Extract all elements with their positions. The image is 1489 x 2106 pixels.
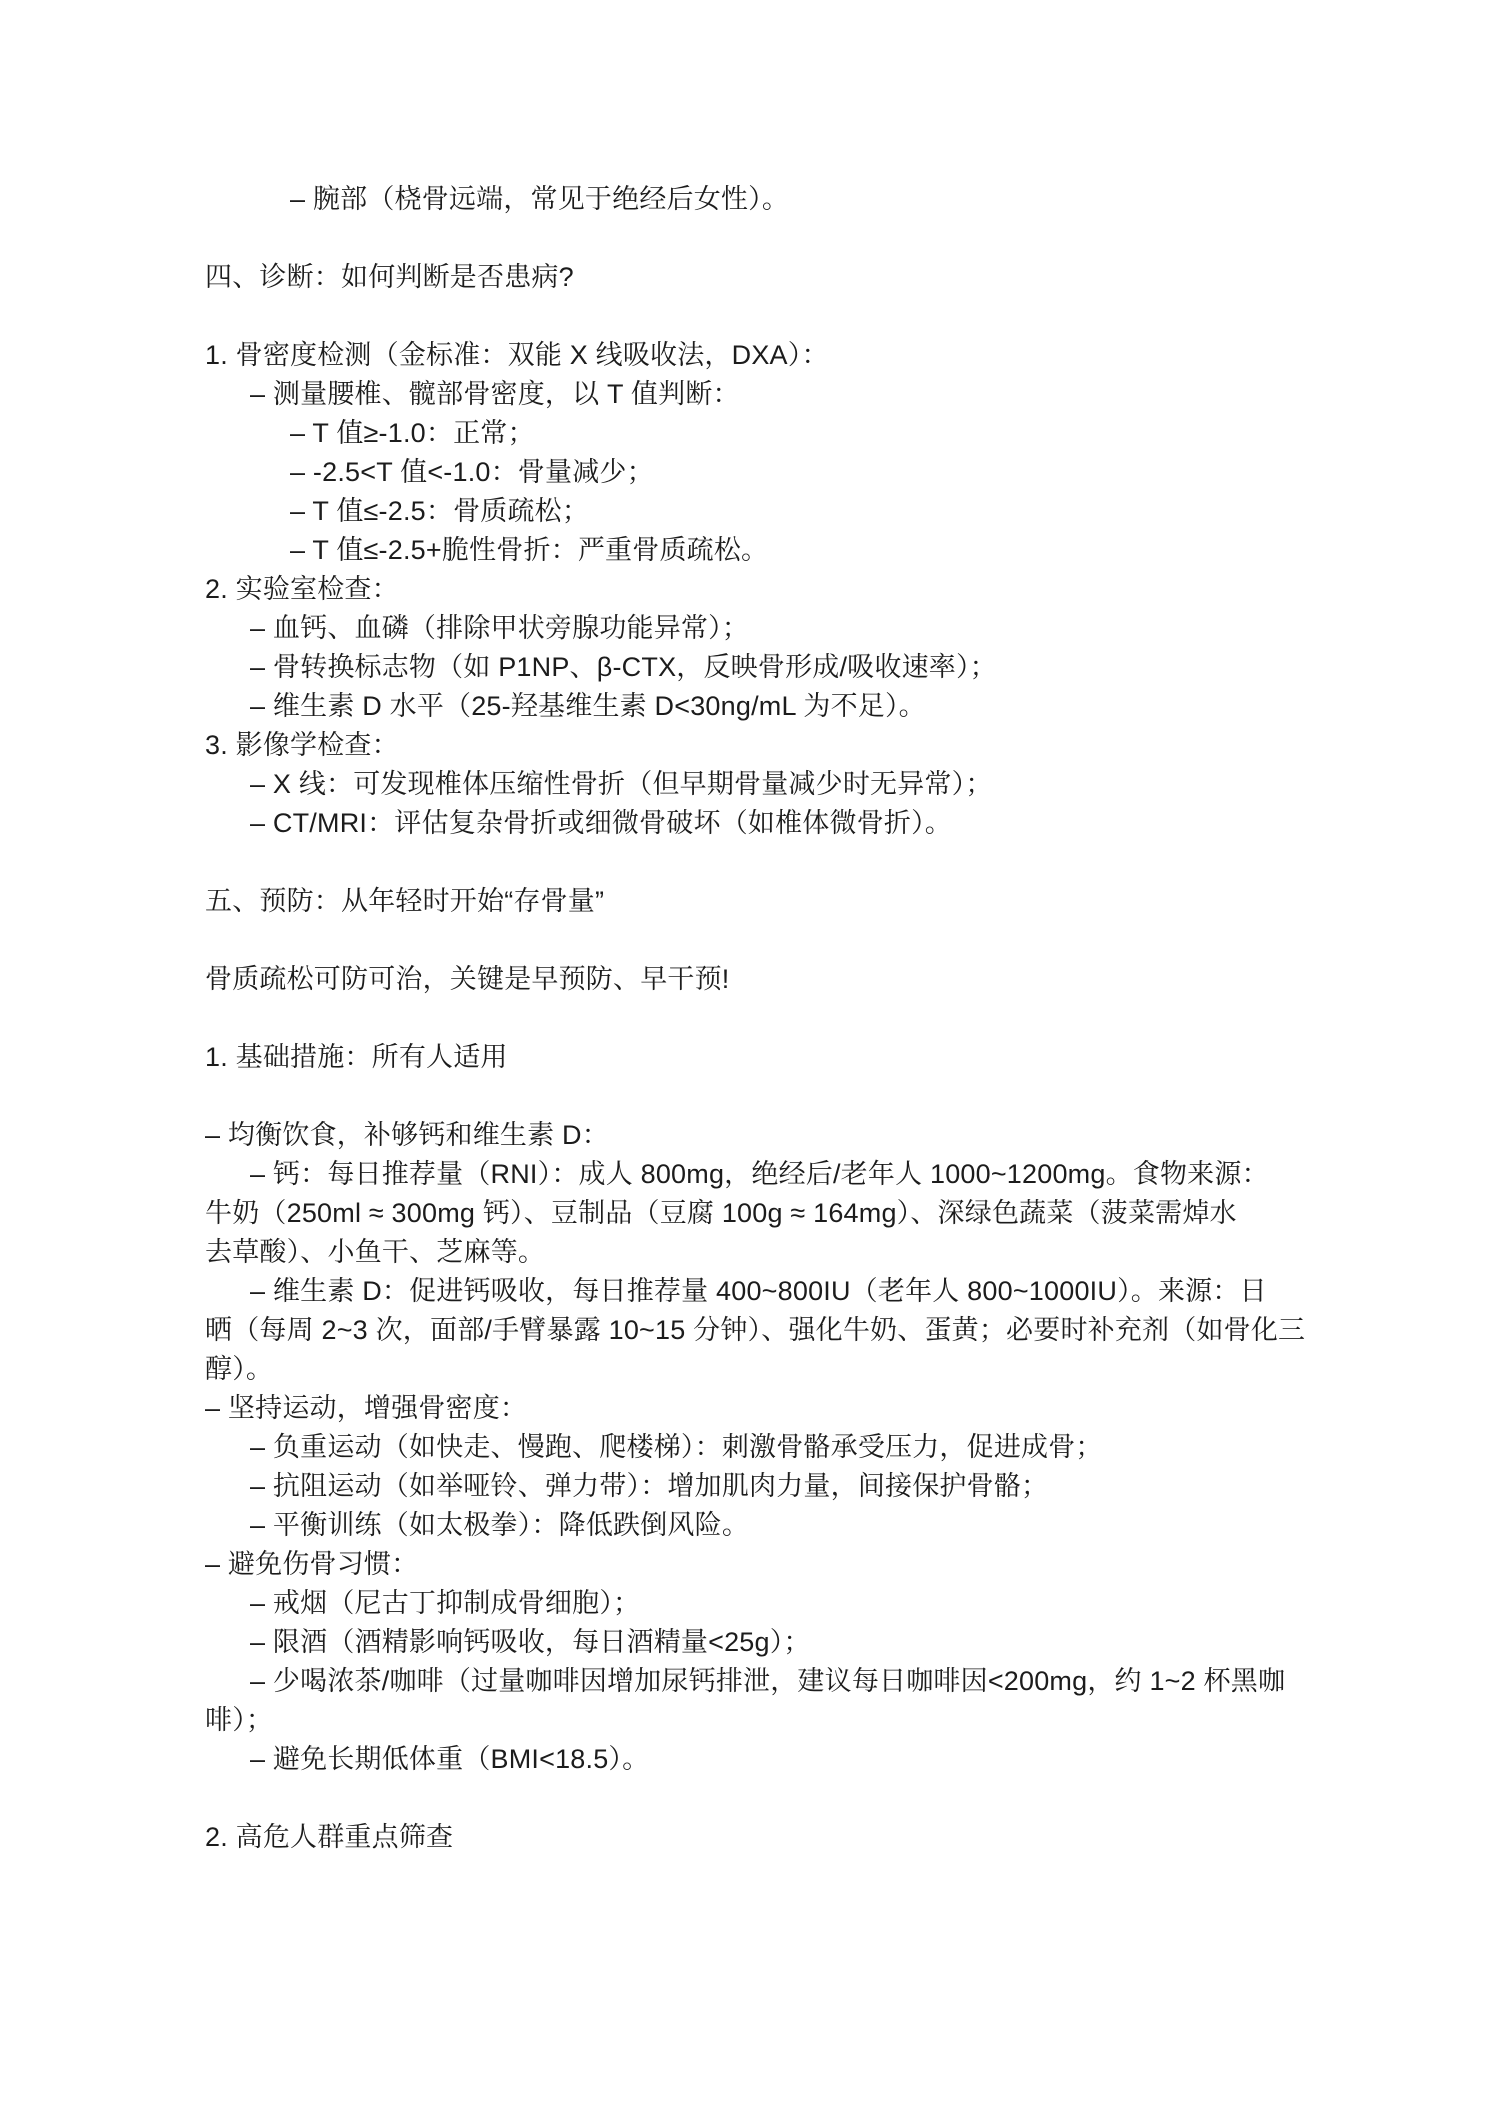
list-item: – 少喝浓茶/咖啡（过量咖啡因增加尿钙排泄，建议每日咖啡因<200mg，约 1~…: [205, 1662, 1289, 1701]
list-item: – 钙：每日推荐量（RNI）：成人 800mg，绝经后/老年人 1000~120…: [205, 1155, 1289, 1194]
list-item: – T 值≥-1.0：正常；: [205, 414, 1289, 453]
numbered-item: 2. 实验室检查：: [205, 570, 1289, 609]
list-item: – 均衡饮食，补够钙和维生素 D：: [205, 1116, 1289, 1155]
paragraph: 醇）。: [205, 1350, 1289, 1389]
list-item: – T 值≤-2.5+脆性骨折：严重骨质疏松。: [205, 531, 1289, 570]
numbered-item: 1. 骨密度检测（金标准：双能 X 线吸收法，DXA）：: [205, 336, 1289, 375]
list-item: – 测量腰椎、髋部骨密度，以 T 值判断：: [205, 375, 1289, 414]
numbered-item: 2. 高危人群重点筛查: [205, 1818, 1289, 1857]
list-item: – X 线：可发现椎体压缩性骨折（但早期骨量减少时无异常）；: [205, 765, 1289, 804]
list-item: – -2.5<T 值<-1.0：骨量减少；: [205, 453, 1289, 492]
list-item: – 避免伤骨习惯：: [205, 1545, 1289, 1584]
section-heading: 四、诊断：如何判断是否患病?: [205, 258, 1289, 297]
document-page: – 腕部（桡骨远端，常见于绝经后女性）。四、诊断：如何判断是否患病?1. 骨密度…: [0, 0, 1489, 2106]
list-item: – 维生素 D 水平（25-羟基维生素 D<30ng/mL 为不足）。: [205, 687, 1289, 726]
list-item: – 坚持运动，增强骨密度：: [205, 1389, 1289, 1428]
paragraph: 牛奶（250ml ≈ 300mg 钙）、豆制品（豆腐 100g ≈ 164mg）…: [205, 1194, 1289, 1233]
list-item: – 腕部（桡骨远端，常见于绝经后女性）。: [205, 180, 1289, 219]
list-item: – 平衡训练（如太极拳）：降低跌倒风险。: [205, 1506, 1289, 1545]
list-item: – 戒烟（尼古丁抑制成骨细胞）；: [205, 1584, 1289, 1623]
paragraph: 骨质疏松可防可治，关键是早预防、早干预!: [205, 960, 1289, 999]
paragraph: 啡）；: [205, 1701, 1289, 1740]
list-item: – 限酒（酒精影响钙吸收，每日酒精量<25g）；: [205, 1623, 1289, 1662]
list-item: – T 值≤-2.5：骨质疏松；: [205, 492, 1289, 531]
paragraph: 去草酸）、小鱼干、芝麻等。: [205, 1233, 1289, 1272]
list-item: – CT/MRI：评估复杂骨折或细微骨破坏（如椎体微骨折）。: [205, 804, 1289, 843]
paragraph: 晒（每周 2~3 次，面部/手臂暴露 10~15 分钟）、强化牛奶、蛋黄；必要时…: [205, 1311, 1289, 1350]
list-item: – 血钙、血磷（排除甲状旁腺功能异常）；: [205, 609, 1289, 648]
list-item: – 抗阻运动（如举哑铃、弹力带）：增加肌肉力量，间接保护骨骼；: [205, 1467, 1289, 1506]
list-item: – 骨转换标志物（如 P1NP、β-CTX，反映骨形成/吸收速率）；: [205, 648, 1289, 687]
list-item: – 维生素 D：促进钙吸收，每日推荐量 400~800IU（老年人 800~10…: [205, 1272, 1289, 1311]
section-heading: 五、预防：从年轻时开始“存骨量”: [205, 882, 1289, 921]
numbered-item: 3. 影像学检查：: [205, 726, 1289, 765]
list-item: – 负重运动（如快走、慢跑、爬楼梯）：刺激骨骼承受压力，促进成骨；: [205, 1428, 1289, 1467]
document-body: – 腕部（桡骨远端，常见于绝经后女性）。四、诊断：如何判断是否患病?1. 骨密度…: [0, 0, 1489, 1857]
numbered-item: 1. 基础措施：所有人适用: [205, 1038, 1289, 1077]
list-item: – 避免长期低体重（BMI<18.5）。: [205, 1740, 1289, 1779]
